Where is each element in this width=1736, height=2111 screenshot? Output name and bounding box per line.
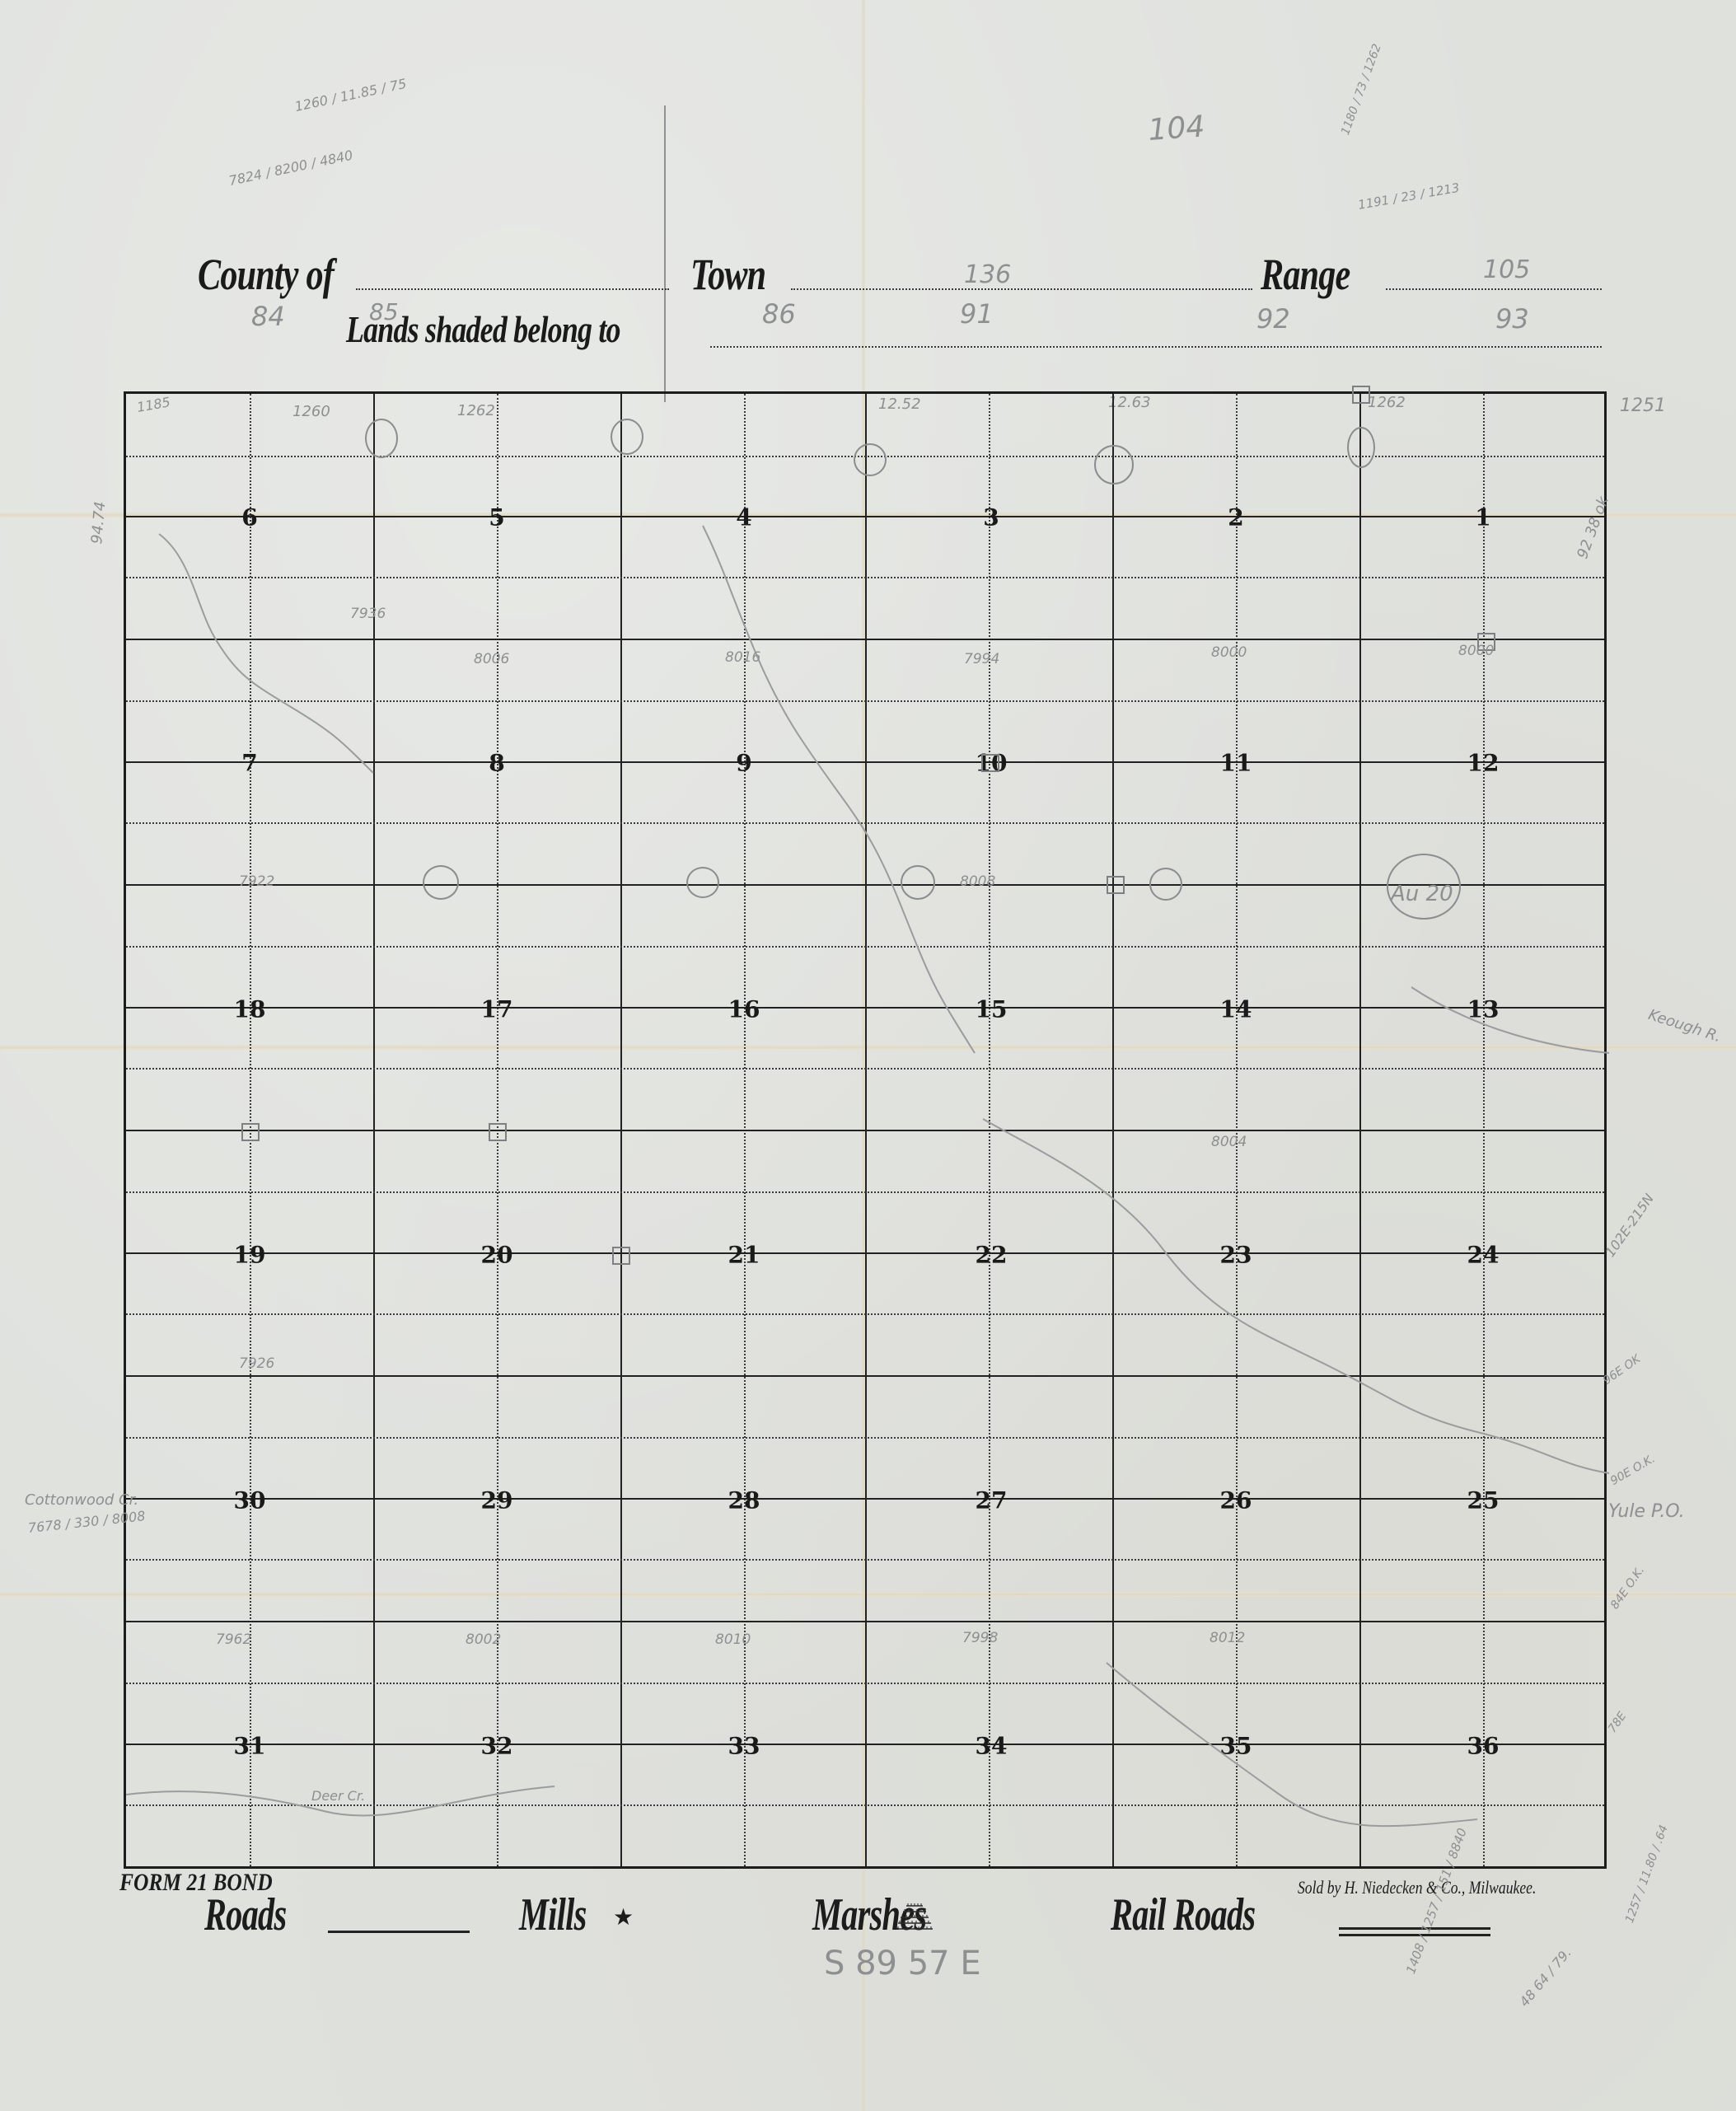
pencil-circled-note (686, 867, 719, 898)
pencil-place-label: Yule P.O. (1608, 1501, 1685, 1522)
pencil-line-value: 8010 (715, 1631, 751, 1648)
pencil-header-number: 92 (1256, 303, 1290, 335)
pencil-circled-note (1149, 868, 1182, 901)
legend-marsh-icon (895, 1903, 934, 1934)
pencil-edge-mark: 1251 (1620, 396, 1666, 416)
pencil-header-number: 86 (762, 298, 796, 330)
pencil-circled-note (1347, 427, 1375, 468)
pencil-circled-note (901, 865, 935, 900)
pencil-line-value: 7936 (350, 606, 386, 622)
township-grid: 6 5 4 3 2 1 7 8 9 10 11 12 18 17 16 15 1… (124, 391, 1607, 1869)
legend-roads-label: Roads (204, 1889, 286, 1941)
pencil-bottom-bearing: S 89 57 E (824, 1945, 981, 1982)
legend-mill-star-icon: ★ (613, 1903, 634, 1931)
pencil-header-number: 91 (960, 298, 994, 330)
pencil-creek-label: Deer Cr. (311, 1788, 365, 1804)
pencil-page-number: 104 (1147, 110, 1205, 147)
pencil-line-value: 7998 (962, 1630, 998, 1646)
legend-mills-label: Mills (519, 1889, 587, 1941)
pencil-town-value: 136 (964, 260, 1011, 289)
pencil-corner-box (612, 1247, 630, 1265)
pencil-circled-note (365, 419, 398, 458)
pencil-corner-box (241, 1123, 260, 1141)
pencil-header-number: 93 (1495, 303, 1529, 335)
county-field-line (356, 288, 669, 290)
pencil-header-number: 85 (369, 298, 399, 325)
pencil-header-number: 84 (251, 301, 285, 332)
legend-railroad-symbol (1339, 1927, 1490, 1936)
pencil-corner-box (1352, 386, 1370, 404)
pencil-line-value: 8008 (960, 873, 995, 890)
pencil-corner-box (1107, 876, 1125, 894)
pencil-circled-note (611, 419, 643, 455)
legend-railroads-label: Rail Roads (1111, 1889, 1255, 1941)
pencil-creek-label: Cottonwood Cr. (25, 1491, 138, 1509)
town-field-line (791, 288, 1252, 290)
range-label: Range (1261, 249, 1350, 300)
pencil-line-value: 8016 (725, 649, 760, 666)
pencil-corner-box (981, 754, 999, 772)
publisher-credit: Sold by H. Niedecken & Co., Milwaukee. (1298, 1877, 1536, 1898)
pencil-creek-sketches (126, 394, 1609, 1871)
pencil-line-value: 8006 (474, 651, 509, 667)
pencil-line-value: 8002 (466, 1631, 501, 1648)
lands-owner-field-line (710, 346, 1602, 348)
pencil-circled-note (854, 443, 887, 476)
pencil-line-value: 8000 (1458, 643, 1494, 659)
pencil-line-value: 7922 (239, 873, 274, 890)
pencil-line-value: 8012 (1210, 1630, 1245, 1646)
paper-tear-line (664, 105, 666, 402)
pencil-line-value: 7926 (239, 1355, 274, 1372)
pencil-line-value: 7962 (216, 1631, 251, 1648)
pencil-left-margin-note: 94.74 (88, 501, 109, 545)
pencil-corner-box (489, 1123, 507, 1141)
legend-roads-symbol (328, 1931, 470, 1933)
pencil-range-value: 105 (1483, 255, 1530, 284)
pencil-circled-note (1094, 445, 1134, 484)
pencil-circled-note (423, 865, 459, 900)
pencil-line-value: 8004 (1211, 1134, 1247, 1150)
range-field-line (1386, 288, 1602, 290)
town-label: Town (690, 249, 765, 300)
county-label: County of (198, 249, 334, 300)
pencil-line-value: 7994 (964, 651, 999, 667)
pencil-circled-text: Au 20 (1391, 882, 1453, 906)
pencil-line-value: 8000 (1211, 644, 1247, 661)
